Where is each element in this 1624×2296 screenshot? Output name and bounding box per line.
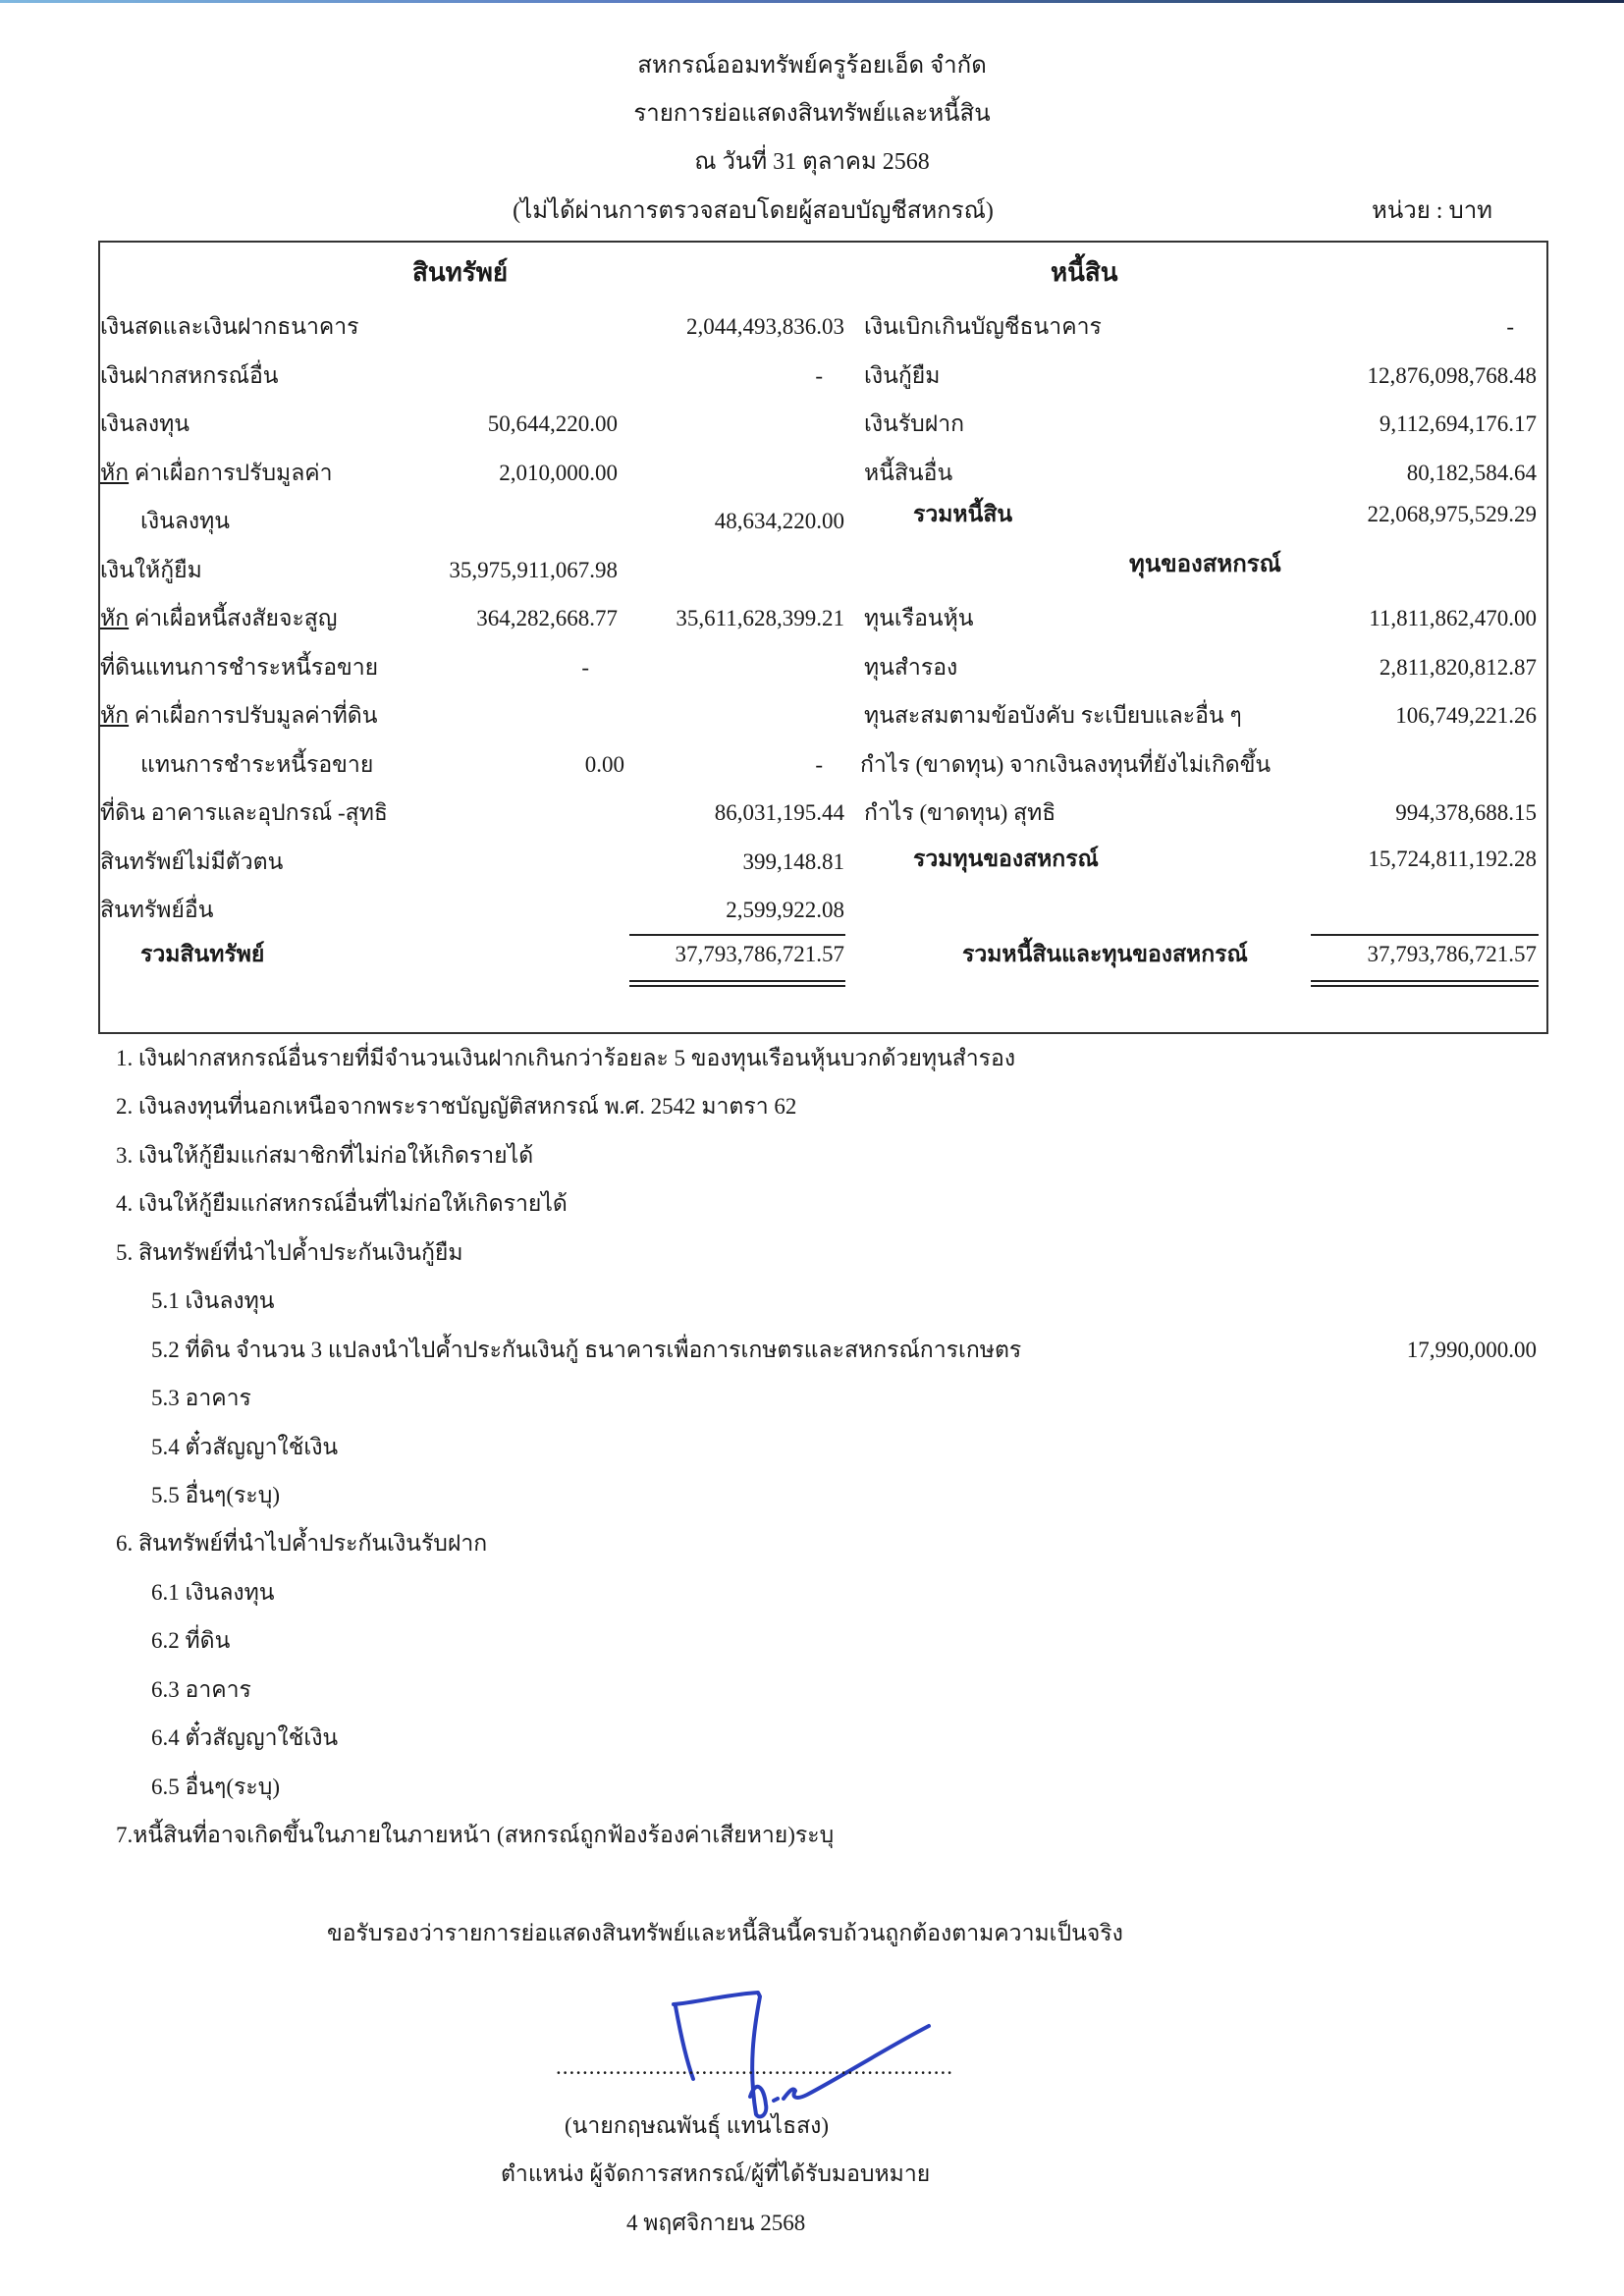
asset-row-text: เงินให้กู้ยืม [100,558,202,582]
asset-row-label: ที่ดิน อาคารและอุปกรณ์ -สุทธิ [100,798,388,828]
asset-row-value: 2,044,493,836.03 [589,312,844,342]
equity-row-label: ทุนเรือนหุ้น [864,604,974,633]
equity-row-label: กำไร (ขาดทุน) สุทธิ [864,798,1056,828]
asset-row-text: สินทรัพย์ไม่มีตัวตน [100,849,283,874]
deduct-prefix: หัก [100,703,129,728]
liability-row-value: - [1276,312,1514,342]
asset-row-label: ที่ดินแทนการชำระหนี้รอขาย [100,653,378,683]
asset-row-value: 35,611,628,399.21 [589,604,844,633]
asset-row-text: เงินฝากสหกรณ์อื่น [100,363,278,388]
liability-row-label: หนี้สินอื่น [864,459,952,488]
signature-line: ........................................… [556,2052,953,2082]
equity-row-label: ทุนสำรอง [864,653,957,683]
asset-row-subvalue: 0.00 [373,750,624,780]
asset-row-subvalue: - [373,653,589,683]
asset-row-label: เงินสดและเงินฝากธนาคาร [100,312,359,342]
asset-row-text: สินทรัพย์อื่น [100,898,213,922]
note-7: 7.หนี้สินที่อาจเกิดขึ้นในภายในภายหน้า (ส… [116,1821,834,1850]
asset-row-label: สินทรัพย์อื่น [100,896,213,925]
liability-row-label: เงินกู้ยืม [864,361,940,391]
equity-row-label: กำไร (ขาดทุน) จากเงินลงทุนที่ยังไม่เกิดข… [860,750,1271,780]
note-5-1: 5.1 เงินลงทุน [151,1286,275,1316]
equity-subtotal-rule [1311,934,1539,936]
equity-row-value: 994,378,688.15 [1276,798,1537,828]
audit-note: (ไม่ได้ผ่านการตรวจสอบโดยผู้สอบบัญชีสหกรณ… [0,196,1565,226]
note-5-2: 5.2 ที่ดิน จำนวน 3 แปลงนำไปค้ำประกันเงิน… [151,1336,1021,1365]
equity-total-label: รวมทุนของสหกรณ์ [913,845,1099,874]
grand-total-double-rule [1311,980,1539,987]
asset-row-label: สินทรัพย์ไม่มีตัวตน [100,847,283,877]
note-5-2-value: 17,990,000.00 [1276,1336,1537,1365]
liabilities-total-value: 22,068,975,529.29 [1276,500,1537,529]
assets-total-label: รวมสินทรัพย์ [140,940,264,969]
equity-row-label: ทุนสะสมตามข้อบังคับ ระเบียบและอื่น ๆ [864,701,1242,731]
asset-row-subvalue: 35,975,911,067.98 [373,556,618,585]
liability-row-label: เงินเบิกเกินบัญชีธนาคาร [864,312,1102,342]
asset-row-subvalue: 2,010,000.00 [373,459,618,488]
note-4: 4. เงินให้กู้ยืมแก่สหกรณ์อื่นที่ไม่ก่อให… [116,1189,568,1219]
liability-row-value: 12,876,098,768.48 [1276,361,1537,391]
assets-total-value: 37,793,786,721.57 [629,940,844,969]
asset-row-value: - [589,361,823,391]
note-2: 2. เงินลงทุนที่นอกเหนือจากพระราชบัญญัติส… [116,1092,796,1121]
equity-row-value: 11,811,862,470.00 [1276,604,1537,633]
note-5: 5. สินทรัพย์ที่นำไปค้ำประกันเงินกู้ยืม [116,1238,463,1268]
liability-row-label: เงินรับฝาก [864,410,964,439]
note-6-1: 6.1 เงินลงทุน [151,1578,275,1608]
deduct-prefix: หัก [100,461,129,485]
equity-heading: ทุนของสหกรณ์ [1129,550,1281,579]
note-5-4: 5.4 ตั๋วสัญญาใช้เงิน [151,1433,338,1462]
unit-label: หน่วย : บาท [1372,196,1492,226]
asset-row-label: เงินให้กู้ยืม [100,556,202,585]
asset-row-text: เงินสดและเงินฝากธนาคาร [100,314,359,339]
deduct-prefix: หัก [100,606,129,630]
asset-row-subvalue: 364,282,668.77 [373,604,618,633]
equity-row-value: 2,811,820,812.87 [1276,653,1537,683]
signer-position: ตำแหน่ง ผู้จัดการสหกรณ์/ผู้ที่ได้รับมอบห… [501,2159,930,2189]
asset-row-text: ค่าเผื่อการปรับมูลค่าที่ดิน [129,703,377,728]
liabilities-total-label: รวมหนี้สิน [913,500,1012,529]
asset-row-text: ค่าเผื่อหนี้สงสัยจะสูญ [129,606,337,630]
grand-total-value: 37,793,786,721.57 [1276,940,1537,969]
asset-row-label: แทนการชำระหนี้รอขาย [140,750,373,780]
asset-row-value: 399,148.81 [589,847,844,877]
asset-row-label: เงินฝากสหกรณ์อื่น [100,361,278,391]
note-5-5: 5.5 อื่นๆ(ระบุ) [151,1481,280,1510]
note-6-4: 6.4 ตั๋วสัญญาใช้เงิน [151,1723,338,1753]
asset-row-label: เงินลงทุน [140,507,230,536]
asset-row-text: เงินลงทุน [100,411,189,436]
asset-row-label: เงินลงทุน [100,410,189,439]
asset-row-label: หัก ค่าเผื่อการปรับมูลค่าที่ดิน [100,701,377,731]
asset-row-label: หัก ค่าเผื่อการปรับมูลค่า [100,459,333,488]
equity-row-value: 106,749,221.26 [1276,701,1537,731]
liability-row-value: 80,182,584.64 [1276,459,1537,488]
assets-heading: สินทรัพย์ [412,258,508,288]
note-6: 6. สินทรัพย์ที่นำไปค้ำประกันเงินรับฝาก [116,1529,487,1558]
asset-row-value: - [589,750,823,780]
asset-row-value: 2,599,922.08 [589,896,844,925]
scan-edge-line [0,0,1624,3]
document-title: รายการย่อแสดงสินทรัพย์และหนี้สิน [0,99,1624,129]
sign-date: 4 พฤศจิกายน 2568 [626,2209,805,2238]
assets-total-double-rule [629,980,845,987]
note-6-3: 6.3 อาคาร [151,1675,251,1705]
liabilities-heading: หนี้สิน [1051,258,1118,288]
assets-subtotal-rule [629,934,845,936]
note-6-5: 6.5 อื่นๆ(ระบุ) [151,1773,280,1802]
note-3: 3. เงินให้กู้ยืมแก่สมาชิกที่ไม่ก่อให้เกิ… [116,1141,533,1171]
asset-row-text: ค่าเผื่อการปรับมูลค่า [129,461,333,485]
asset-row-value: 86,031,195.44 [589,798,844,828]
certification-statement: ขอรับรองว่ารายการย่อแสดงสินทรัพย์และหนี้… [327,1919,1123,1948]
asset-row-text: เงินลงทุน [140,509,230,533]
org-name: สหกรณ์ออมทรัพย์ครูร้อยเอ็ด จำกัด [0,51,1624,81]
signer-name: (นายกฤษณพันธุ์ แทนไธสง) [565,2111,829,2141]
asset-row-text: ที่ดินแทนการชำระหนี้รอขาย [100,655,378,680]
grand-total-label: รวมหนี้สินและทุนของสหกรณ์ [962,940,1248,969]
asset-row-text: ที่ดิน อาคารและอุปกรณ์ -สุทธิ [100,800,388,825]
asset-row-subvalue: 50,644,220.00 [373,410,618,439]
liability-row-value: 9,112,694,176.17 [1276,410,1537,439]
asset-row-label: หัก ค่าเผื่อหนี้สงสัยจะสูญ [100,604,337,633]
note-5-3: 5.3 อาคาร [151,1384,251,1413]
asset-row-text: แทนการชำระหนี้รอขาย [140,752,373,777]
asset-row-value: 48,634,220.00 [589,507,844,536]
note-6-2: 6.2 ที่ดิน [151,1626,230,1656]
equity-total-value: 15,724,811,192.28 [1276,845,1537,874]
as-of-date: ณ วันที่ 31 ตุลาคม 2568 [0,147,1624,177]
note-1: 1. เงินฝากสหกรณ์อื่นรายที่มีจำนวนเงินฝาก… [116,1044,1015,1073]
